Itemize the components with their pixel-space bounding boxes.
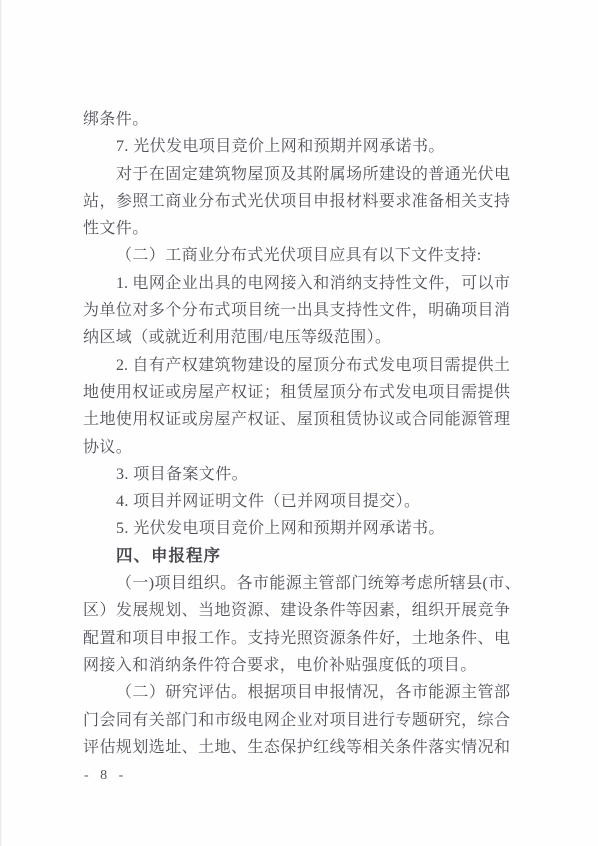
text-line: 3. 项目备案文件。 [83, 461, 510, 488]
text-line: 纳区域（或就近利用范围/电压等级范围）。 [83, 324, 510, 351]
text-line: 为单位对多个分布式项目统一出具支持性文件，明确项目消 [83, 297, 510, 324]
text-line: 区）发展规划、当地资源、建设条件等因素，组织开展竞争 [83, 597, 510, 624]
text-line: 土地使用权证或房屋产权证、屋顶租赁协议或合同能源管理 [83, 406, 510, 433]
document-page: 绑条件。7. 光伏发电项目竞价上网和预期并网承诺书。对于在固定建筑物屋顶及其附属… [0, 0, 598, 846]
text-line: 1. 电网企业出具的电网接入和消纳支持性文件，可以市 [83, 270, 510, 297]
text-line: 协议。 [83, 434, 510, 461]
text-line: （一)项目组织。各市能源主管部门统筹考虑所辖县(市、 [83, 570, 510, 597]
text-line: （二）研究评估。根据项目申报情况，各市能源主管部 [83, 679, 510, 706]
text-line: 性文件。 [83, 215, 510, 242]
text-line: 站，参照工商业分布式光伏项目申报材料要求准备相关支持 [83, 188, 510, 215]
text-line: 配置和项目申报工作。支持光照资源条件好，土地条件、电 [83, 625, 510, 652]
text-line: 地使用权证或房屋产权证；租赁屋顶分布式发电项目需提供 [83, 379, 510, 406]
text-line: 5. 光伏发电项目竞价上网和预期并网承诺书。 [83, 515, 510, 542]
page-number: - 8 - [84, 768, 127, 784]
text-line: 绑条件。 [83, 106, 510, 133]
text-line: 2. 自有产权建筑物建设的屋顶分布式发电项目需提供土 [83, 352, 510, 379]
text-line: 对于在固定建筑物屋顶及其附属场所建设的普通光伏电 [83, 161, 510, 188]
text-line: 4. 项目并网证明文件（已并网项目提交）。 [83, 488, 510, 515]
section-heading: 四、申报程序 [83, 543, 510, 570]
document-body: 绑条件。7. 光伏发电项目竞价上网和预期并网承诺书。对于在固定建筑物屋顶及其附属… [83, 106, 510, 761]
text-line: 评估规划选址、土地、生态保护红线等相关条件落实情况和 [83, 734, 510, 761]
scan-edge-line [0, 0, 2, 846]
text-line: （二）工商业分布式光伏项目应具有以下文件支持: [83, 242, 510, 269]
text-line: 7. 光伏发电项目竞价上网和预期并网承诺书。 [83, 133, 510, 160]
text-line: 网接入和消纳条件符合要求，电价补贴强度低的项目。 [83, 652, 510, 679]
text-line: 门会同有关部门和市级电网企业对项目进行专题研究，综合 [83, 707, 510, 734]
